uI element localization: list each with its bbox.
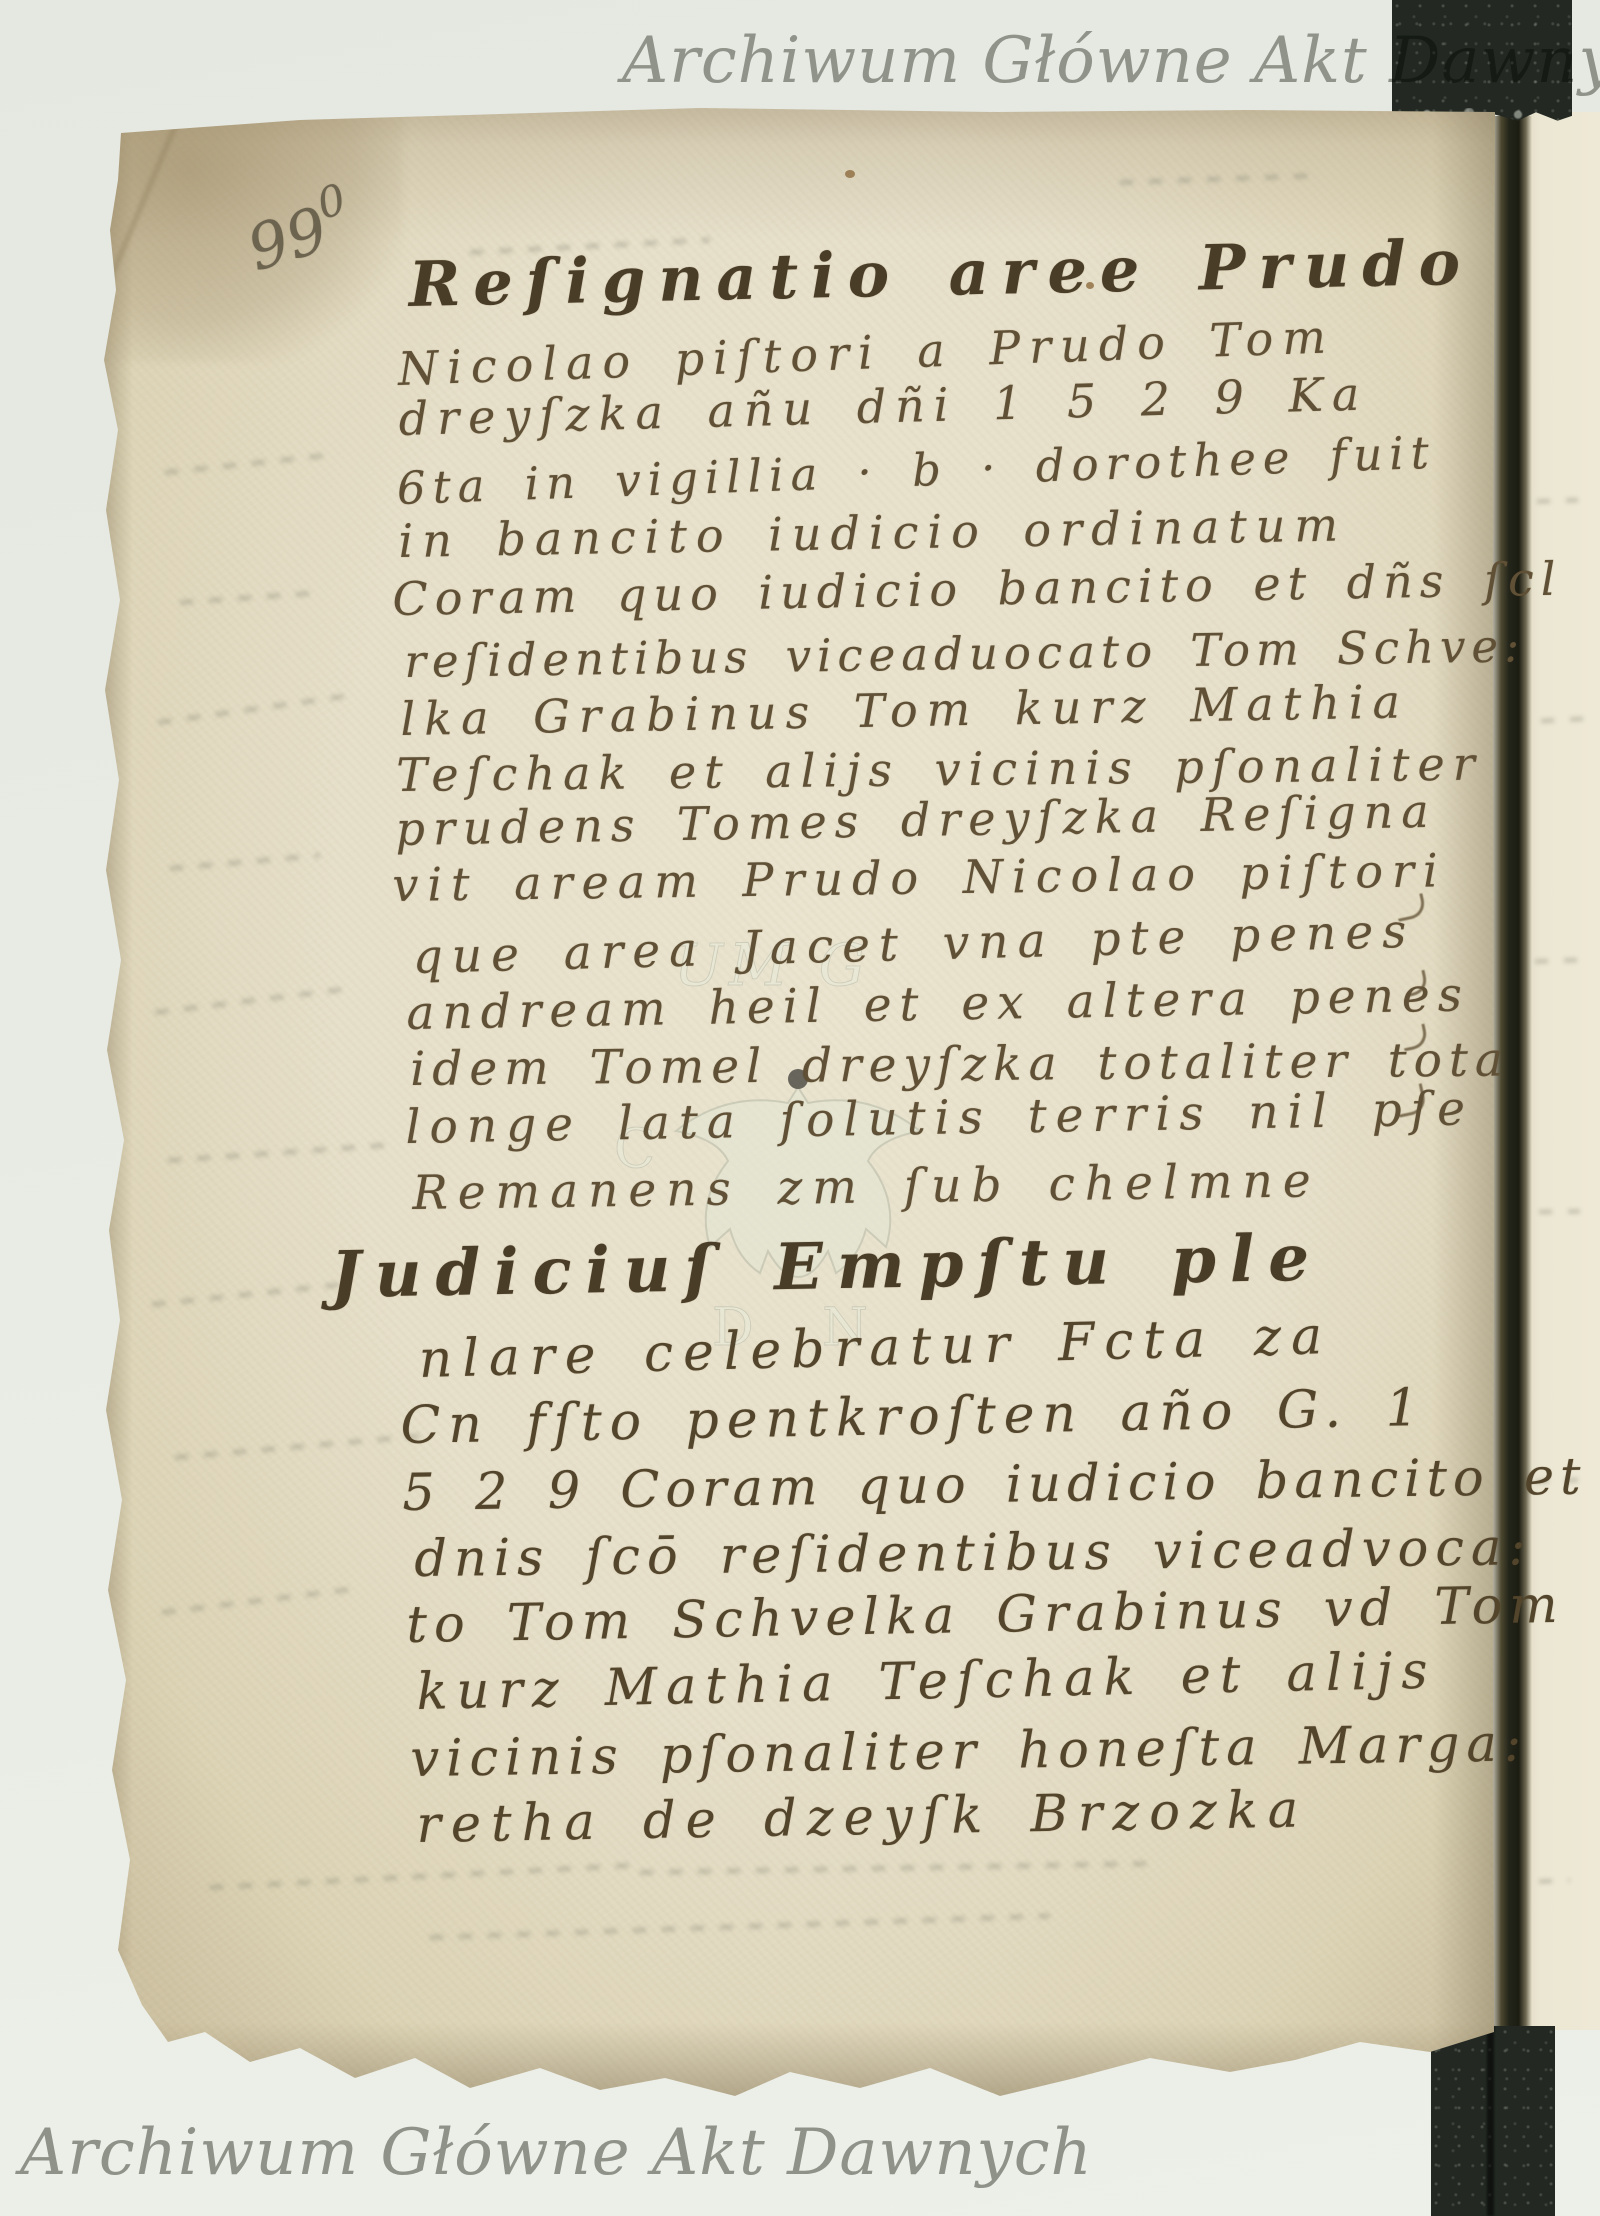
ink-fleck: [845, 170, 855, 178]
tape-seam: [1487, 2026, 1494, 2216]
archive-watermark-top: Archiwum Główne Akt Dawnych: [622, 24, 1600, 98]
page-edge-shading-left: [103, 92, 133, 2102]
page-edge-shading-bottom: [103, 2022, 1498, 2102]
archive-watermark-bottom: Archiwum Główne Akt Dawnych: [20, 2116, 1093, 2190]
binding-tape-bottom: [1431, 2026, 1555, 2216]
archive-scan: UM G C D N 990 Reſignatio ar: [0, 0, 1600, 2216]
